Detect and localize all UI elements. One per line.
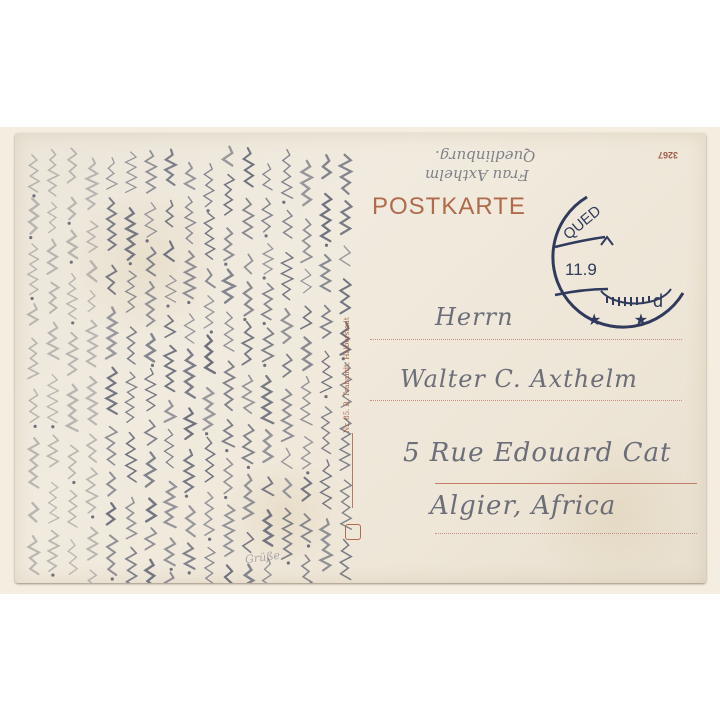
address-name: Walter C. Axthelm [400, 365, 638, 393]
address-rule [435, 533, 697, 534]
postmark-suffix: d [653, 291, 663, 311]
postcard-heading: POSTKARTE [372, 193, 526, 221]
address-rule [435, 483, 697, 484]
address-salutation: Herrn [435, 303, 514, 331]
postmark-date: 11.9 [565, 260, 597, 279]
postcard: Grüße POSTKARTE 3267 Frau Axthelm Quedli… [15, 133, 706, 583]
publisher-logo-icon [345, 524, 361, 540]
serial-number: 3267 [658, 150, 678, 160]
address-street: 5 Rue Edouard Cat [403, 438, 671, 468]
address-rule [370, 339, 682, 340]
address-city: Algier, Africa [430, 491, 616, 521]
printer-imprint: Nr. 85. R. Trabandt, Halberstadt [343, 317, 351, 433]
handwritten-message [15, 133, 375, 583]
sender-name: Frau Axthelm [425, 166, 529, 184]
postmark: QUED 11.9 d ★ ★ [543, 185, 693, 335]
divider-line [352, 433, 353, 508]
postmark-stars: ★ ★ [587, 312, 662, 329]
address-rule [370, 400, 682, 401]
sender-town: Quedlinburg. [435, 147, 536, 165]
